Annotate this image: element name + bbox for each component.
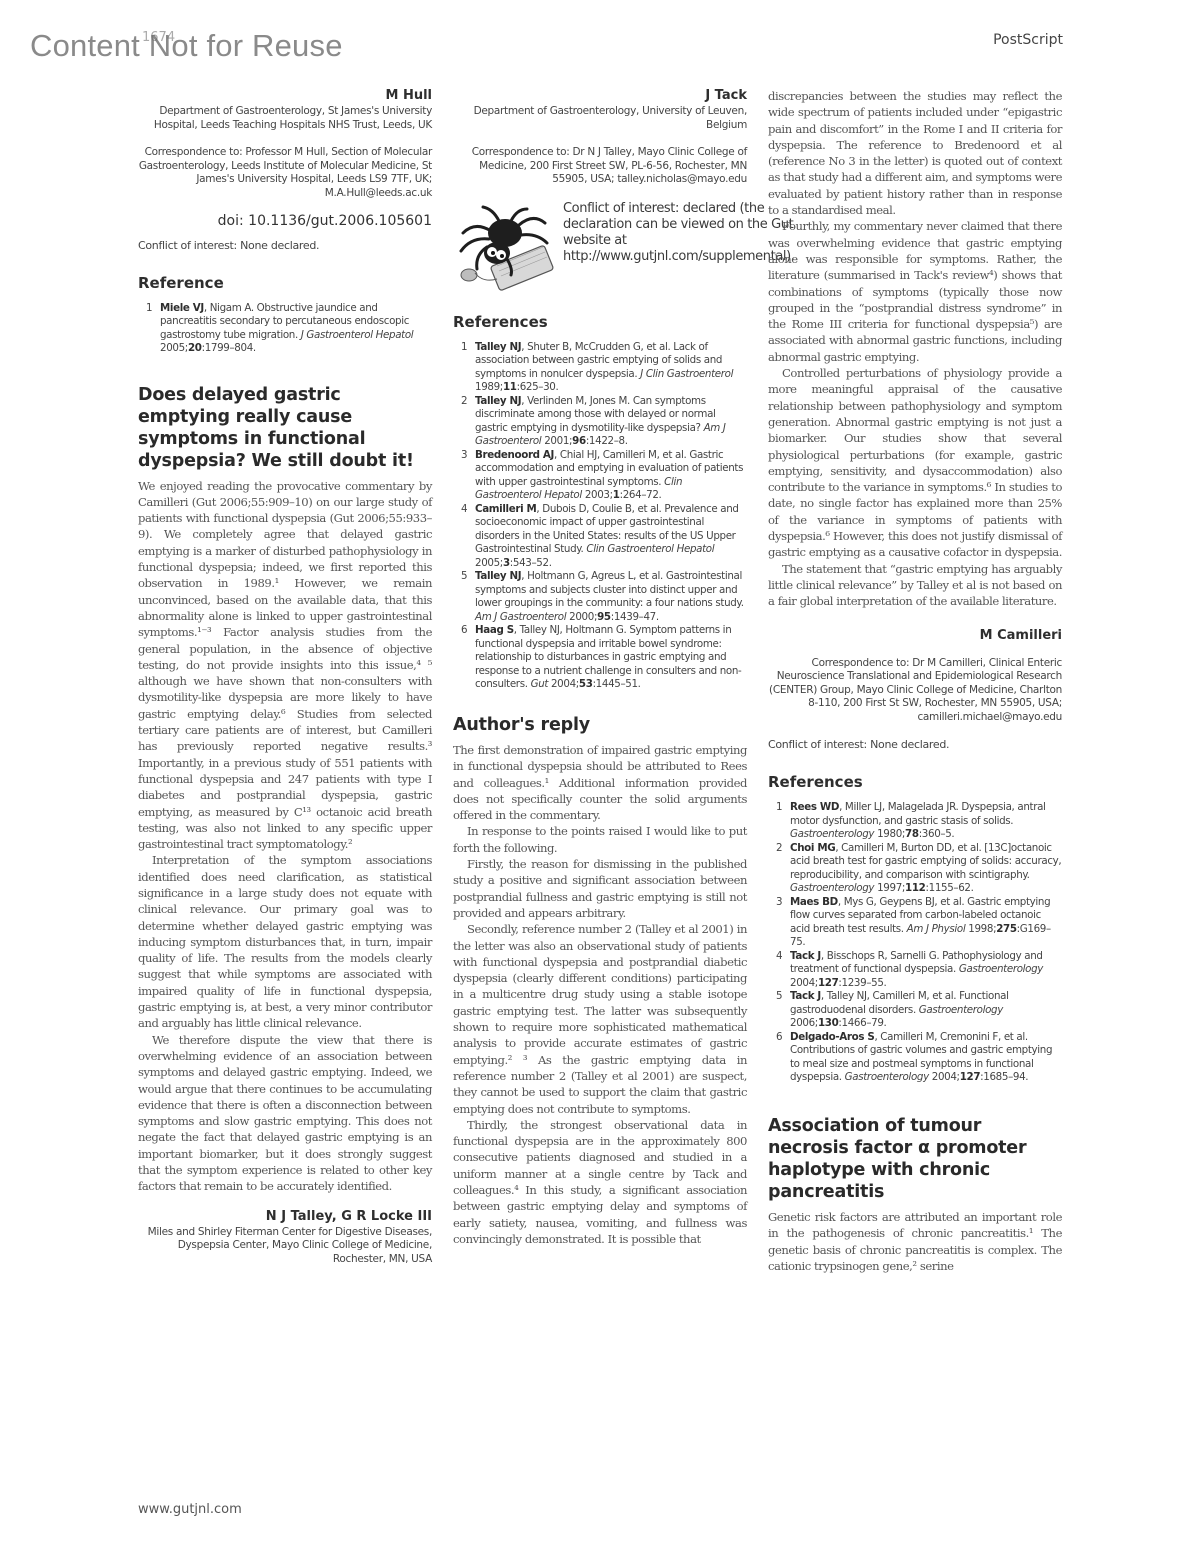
letter-paragraph: We enjoyed reading the provocative comme…	[138, 478, 432, 853]
reference-list-reply: 1Rees WD, Miller LJ, Malagelada JR. Dysp…	[768, 801, 1062, 1085]
reference-list-hull: 1Miele VJ, Nigam A. Obstructive jaundice…	[138, 302, 432, 356]
next-article-paragraph: Genetic risk factors are attributed an i…	[768, 1209, 1062, 1274]
reference-item: 4Tack J, Bisschops R, Sarnelli G. Pathop…	[768, 950, 1062, 991]
correspondence-hull: Correspondence to: Professor M Hull, Sec…	[138, 146, 432, 200]
section-name: PostScript	[993, 32, 1063, 48]
page-number: 1674	[142, 30, 175, 45]
letter-authors: N J Talley, G R Locke III	[138, 1209, 432, 1224]
reference-list-letter: 1Talley NJ, Shuter B, McCrudden G, et al…	[453, 341, 747, 692]
next-article-title: Association of tumour necrosis factor α …	[768, 1115, 1062, 1203]
reference-item: 6Delgado-Aros S, Camilleri M, Cremonini …	[768, 1031, 1062, 1085]
reference-item: 1Rees WD, Miller LJ, Malagelada JR. Dysp…	[768, 801, 1062, 842]
conflict-of-interest-camilleri: Conflict of interest: None declared.	[768, 738, 1062, 751]
column-2: J Tack Department of Gastroenterology, U…	[453, 88, 747, 1247]
reference-item: 2Choi MG, Camilleri M, Burton DD, et al.…	[768, 842, 1062, 896]
letter-paragraph: Interpretation of the symptom associatio…	[138, 852, 432, 1031]
reference-item: 2Talley NJ, Verlinden M, Jones M. Can sy…	[453, 395, 747, 449]
reference-item: 1Miele VJ, Nigam A. Obstructive jaundice…	[138, 302, 432, 356]
conflict-of-interest-declared: Conflict of interest: declared (the decl…	[563, 201, 795, 265]
author-hull: M Hull	[138, 88, 432, 103]
reply-paragraph: Secondly, reference number 2 (Talley et …	[453, 921, 747, 1117]
journal-url[interactable]: www.gutjnl.com	[138, 1502, 242, 1517]
affiliation-tack: Department of Gastroenterology, Universi…	[453, 105, 747, 132]
column-1: M Hull Department of Gastroenterology, S…	[138, 88, 432, 1266]
affiliation-hull: Department of Gastroenterology, St James…	[138, 105, 432, 132]
watermark: Content Not for Reuse	[30, 28, 343, 64]
reference-item: 4Camilleri M, Dubois D, Coulie B, et al.…	[453, 503, 747, 571]
reply-paragraph: Firstly, the reason for dismissing in th…	[453, 856, 747, 921]
conflict-of-interest-hull: Conflict of interest: None declared.	[138, 239, 432, 252]
reference-item: 3Bredenoord AJ, Chial HJ, Camilleri M, e…	[453, 449, 747, 503]
reply-paragraph: discrepancies between the studies may re…	[768, 88, 1062, 218]
reference-heading: Reference	[138, 274, 432, 292]
reference-item: 5Talley NJ, Holtmann G, Agreus L, et al.…	[453, 570, 747, 624]
reference-item: 6Haag S, Talley NJ, Holtmann G. Symptom …	[453, 624, 747, 692]
reference-item: 5Tack J, Talley NJ, Camilleri M, et al. …	[768, 990, 1062, 1031]
correspondence-camilleri: Correspondence to: Dr M Camilleri, Clini…	[768, 657, 1062, 725]
reply-heading: Author's reply	[453, 714, 747, 736]
author-camilleri: M Camilleri	[768, 628, 1062, 643]
reply-paragraph: The first demonstration of impaired gast…	[453, 742, 747, 823]
letter-paragraph: We therefore dispute the view that there…	[138, 1032, 432, 1195]
reply-paragraph: Controlled perturbations of physiology p…	[768, 365, 1062, 561]
spider-at-keyboard-icon	[453, 203, 557, 293]
reference-item: 3Maes BD, Mys G, Geypens BJ, et al. Gast…	[768, 896, 1062, 950]
column-3: discrepancies between the studies may re…	[768, 88, 1062, 1274]
letter-title: Does delayed gastric emptying really cau…	[138, 384, 432, 472]
reply-paragraph: Thirdly, the strongest observational dat…	[453, 1117, 747, 1247]
author-tack: J Tack	[453, 88, 747, 103]
reference-item: 1Talley NJ, Shuter B, McCrudden G, et al…	[453, 341, 747, 395]
reply-paragraph: Fourthly, my commentary never claimed th…	[768, 218, 1062, 365]
references-heading: References	[768, 773, 1062, 791]
doi: doi: 10.1136/gut.2006.105601	[138, 213, 432, 229]
reply-paragraph: In response to the points raised I would…	[453, 823, 747, 856]
correspondence-talley: Correspondence to: Dr N J Talley, Mayo C…	[453, 146, 747, 187]
letter-affiliation: Miles and Shirley Fiterman Center for Di…	[138, 1226, 432, 1267]
reply-paragraph: The statement that “gastric emptying has…	[768, 561, 1062, 610]
conflict-declared-box: Conflict of interest: declared (the decl…	[453, 203, 747, 293]
references-heading: References	[453, 313, 747, 331]
